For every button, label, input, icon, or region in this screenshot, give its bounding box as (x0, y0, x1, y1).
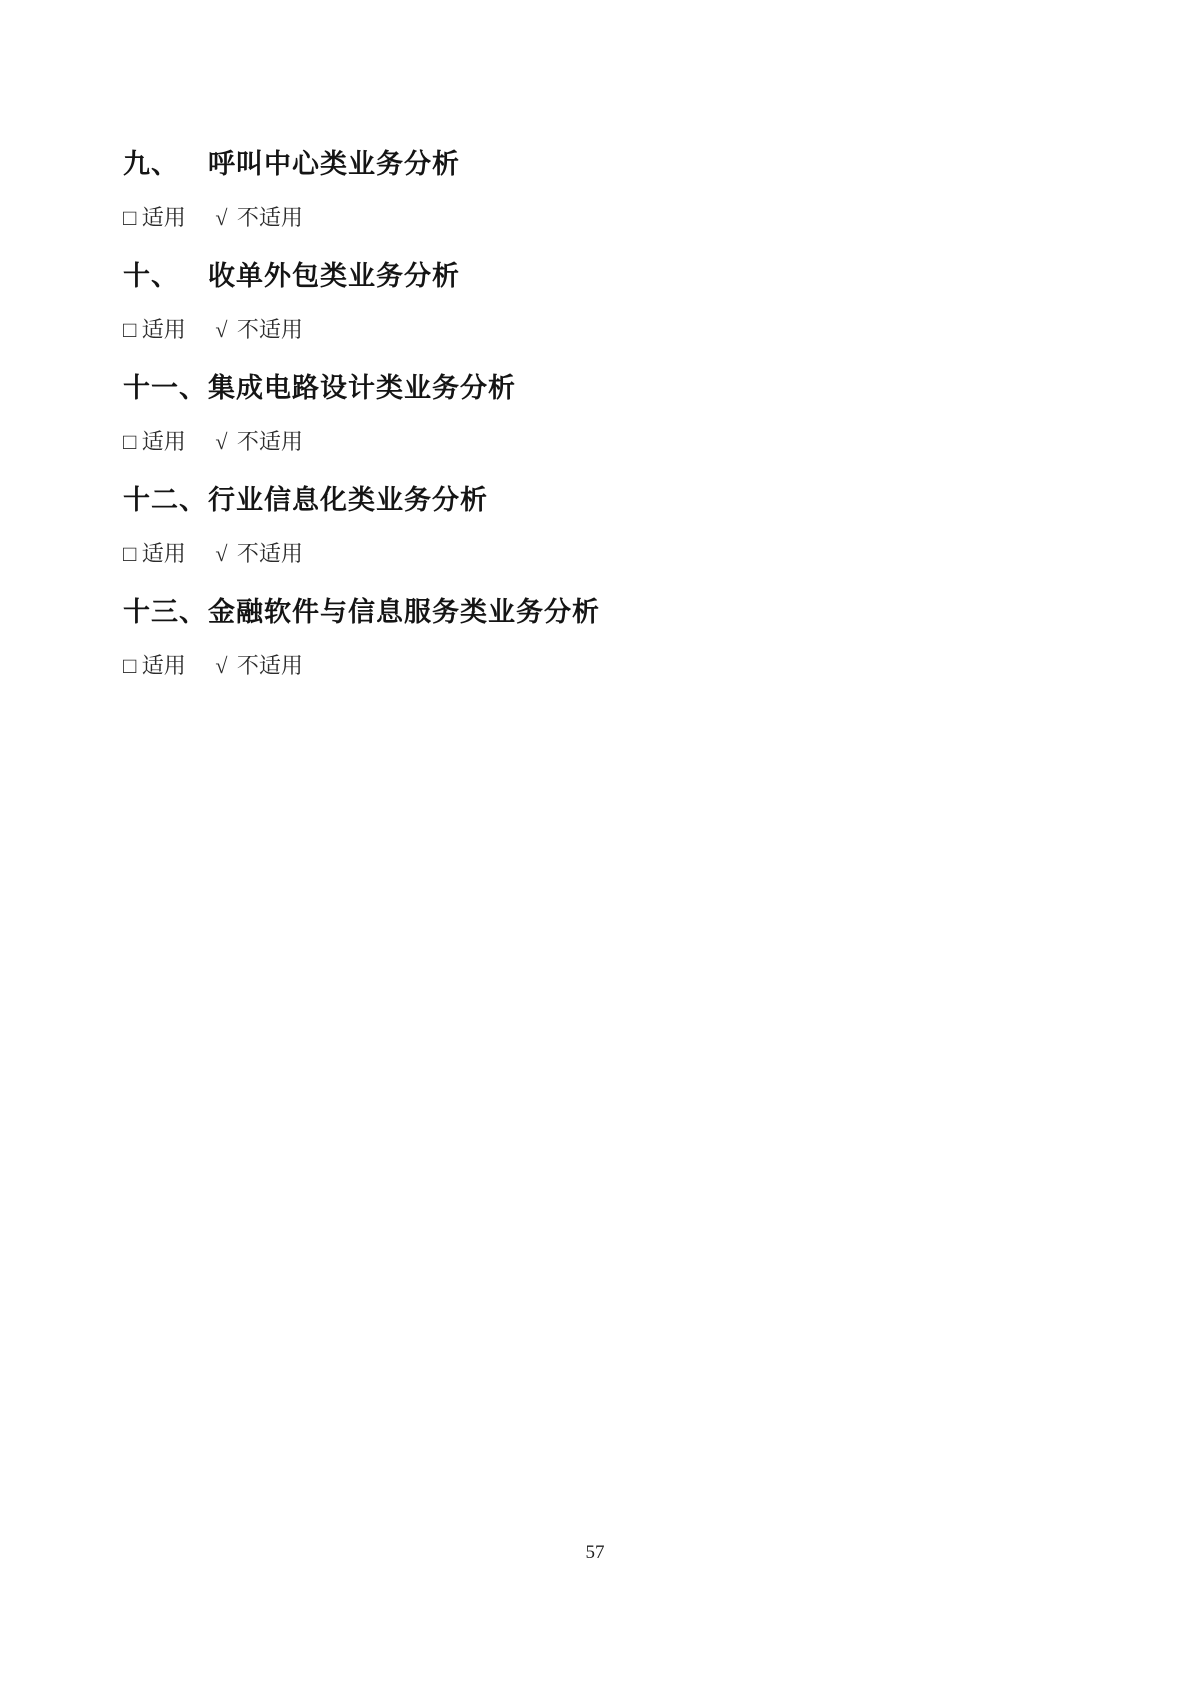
document-page: 九、 呼叫中心类业务分析 □ 适用 √ 不适用 十、 收单外包类业务分析 □ 适… (123, 147, 1100, 707)
not-applicable-option: √ 不适用 (215, 204, 303, 232)
section-number: 十三、 (123, 595, 208, 629)
not-applicable-label: 不适用 (237, 317, 303, 342)
checkbox-empty-icon: □ (123, 652, 136, 680)
applicability-row: □ 适用 √ 不适用 (123, 428, 1100, 456)
applicable-label: 适用 (142, 205, 186, 230)
section-title: 金融软件与信息服务类业务分析 (208, 595, 600, 629)
applicability-row: □ 适用 √ 不适用 (123, 204, 1100, 232)
not-applicable-option: √ 不适用 (215, 540, 303, 568)
checkmark-icon: √ (215, 428, 227, 456)
section-number: 十一、 (123, 371, 208, 405)
section-financial-software-services: 十三、 金融软件与信息服务类业务分析 □ 适用 √ 不适用 (123, 595, 1100, 680)
not-applicable-option: √ 不适用 (215, 316, 303, 344)
applicable-option: □ 适用 (123, 204, 186, 232)
section-industry-informatization: 十二、 行业信息化类业务分析 □ 适用 √ 不适用 (123, 483, 1100, 568)
checkmark-icon: √ (215, 652, 227, 680)
section-acquiring-outsourcing: 十、 收单外包类业务分析 □ 适用 √ 不适用 (123, 259, 1100, 344)
applicable-label: 适用 (142, 653, 186, 678)
checkmark-icon: √ (215, 316, 227, 344)
section-heading: 十一、 集成电路设计类业务分析 (123, 371, 1100, 405)
section-title: 行业信息化类业务分析 (208, 483, 488, 517)
section-number: 十二、 (123, 483, 208, 517)
applicable-option: □ 适用 (123, 316, 186, 344)
applicable-option: □ 适用 (123, 540, 186, 568)
applicability-row: □ 适用 √ 不适用 (123, 652, 1100, 680)
applicable-option: □ 适用 (123, 428, 186, 456)
applicable-label: 适用 (142, 317, 186, 342)
section-call-center: 九、 呼叫中心类业务分析 □ 适用 √ 不适用 (123, 147, 1100, 232)
checkmark-icon: √ (215, 204, 227, 232)
section-heading: 十二、 行业信息化类业务分析 (123, 483, 1100, 517)
applicable-option: □ 适用 (123, 652, 186, 680)
not-applicable-label: 不适用 (237, 541, 303, 566)
not-applicable-option: √ 不适用 (215, 428, 303, 456)
section-title: 集成电路设计类业务分析 (208, 371, 516, 405)
section-heading: 十三、 金融软件与信息服务类业务分析 (123, 595, 1100, 629)
checkmark-icon: √ (215, 540, 227, 568)
checkbox-empty-icon: □ (123, 316, 136, 344)
section-number: 九、 (123, 147, 208, 181)
section-title: 呼叫中心类业务分析 (208, 147, 460, 181)
section-heading: 十、 收单外包类业务分析 (123, 259, 1100, 293)
not-applicable-option: √ 不适用 (215, 652, 303, 680)
not-applicable-label: 不适用 (237, 653, 303, 678)
applicability-row: □ 适用 √ 不适用 (123, 540, 1100, 568)
section-ic-design: 十一、 集成电路设计类业务分析 □ 适用 √ 不适用 (123, 371, 1100, 456)
not-applicable-label: 不适用 (237, 205, 303, 230)
applicable-label: 适用 (142, 429, 186, 454)
section-title: 收单外包类业务分析 (208, 259, 460, 293)
applicability-row: □ 适用 √ 不适用 (123, 316, 1100, 344)
checkbox-empty-icon: □ (123, 204, 136, 232)
not-applicable-label: 不适用 (237, 429, 303, 454)
page-number: 57 (0, 1541, 1190, 1565)
section-number: 十、 (123, 259, 208, 293)
checkbox-empty-icon: □ (123, 428, 136, 456)
applicable-label: 适用 (142, 541, 186, 566)
checkbox-empty-icon: □ (123, 540, 136, 568)
section-heading: 九、 呼叫中心类业务分析 (123, 147, 1100, 181)
